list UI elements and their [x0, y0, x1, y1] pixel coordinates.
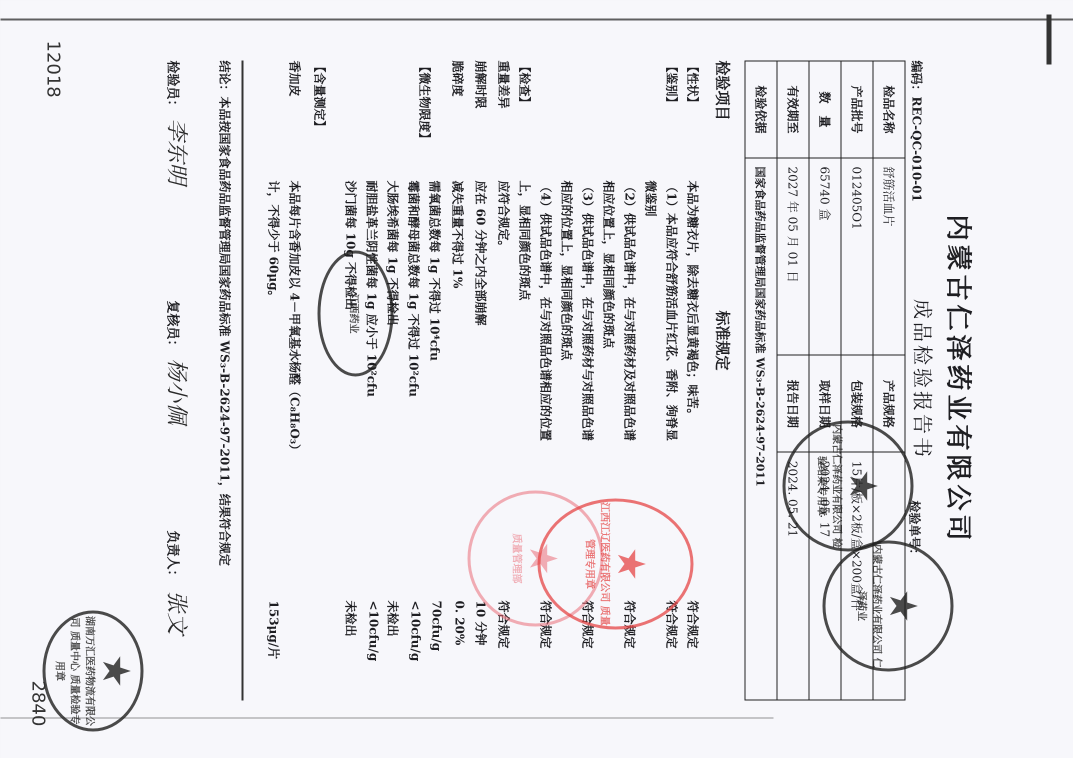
table-row: 有效期至 2027 年 05 月 01 日 报告日期 2024. 05. 21 [777, 61, 809, 700]
basis-value: 国家食品药品监督管理局国家药品标准 WS₃-B-2624-97-2011 [745, 158, 777, 700]
table-row: 检验依据 国家食品药品监督管理局国家药品标准 WS₃-B-2624-97-201… [745, 61, 777, 700]
jiangxi-stamp: ★ 江西江辽医药有限公司 质量管理专用章 [537, 498, 693, 629]
identification-line: （1）本品应符合舒筋活血片红花、香附、狗脊显 [663, 180, 680, 440]
microbial-result: 未检出 [342, 600, 359, 636]
identification-line: （3）供试品色谱中，在与对照药材与对照品色谱 [579, 180, 596, 440]
manager-label: 负责人： [164, 530, 183, 582]
reviewer-label: 复核员： [164, 300, 183, 352]
check-result: 10 分钟 [472, 600, 489, 645]
inspection-report-sheet: 内蒙古仁泽药业有限公司 成品检验报告书 编码：REC-QC-010-01 检验单… [0, 0, 1073, 758]
microbial-result: <10cfu/g [408, 600, 422, 661]
star-icon: ★ [98, 655, 132, 685]
quantity-value: 65740 盒 [809, 158, 841, 355]
reviewer-signature: 杨小佩 [162, 358, 193, 424]
appearance-standard: 本品为糖衣片，除去糖衣后显黄褐色；味苦。 [684, 180, 701, 420]
assay-standard: 本品每片含香加皮以 4－甲氧基水杨醛（C₈H₈O₃） [286, 180, 303, 456]
manager-signature: 张文 [162, 590, 193, 634]
small-stamp: 江西药业 [317, 250, 393, 376]
standard-header: 标准规定 [712, 310, 733, 370]
assay-standard: 计，不得少于 60μg。 [265, 180, 282, 302]
star-icon: ★ [846, 470, 880, 500]
expiry-date: 2027 年 05 月 01 日 [777, 158, 809, 355]
identification-line: 微鉴别 [642, 180, 659, 216]
expiry-label: 有效期至 [777, 61, 809, 158]
section-identification: 【鉴别】 [663, 60, 680, 108]
company-stamp: ★ 内蒙古仁泽药业有限公司 仁泽药业 [822, 540, 953, 671]
identification-line: 相应位置上，显相同颜色的斑点 [600, 180, 617, 348]
check-item: 重量差异 [495, 60, 512, 108]
appearance-result: 符合规定 [684, 600, 701, 648]
hunan-stamp: ★ 湖南万汇医药物流有限公司 质量中心 质量检验专用章 [42, 610, 143, 731]
section-assay: 【含量测定】 [311, 60, 328, 132]
divider [242, 60, 244, 700]
batch-label: 产品批号 [841, 61, 873, 158]
identification-line: （4）供试品色谱中，在与对照品色谱相应的位置 [537, 180, 554, 440]
product-name-label: 检品名称 [873, 61, 905, 158]
inspector-label: 检验员： [164, 60, 183, 112]
items-header: 检验项目 [712, 60, 733, 120]
microbial-line: 霉菌和酵母菌总数每 1g 不得过 10²cfu [405, 180, 422, 396]
section-appearance: 【性状】 [684, 60, 701, 108]
identification-line: 相应的位置上，显相同颜色的斑点 [558, 180, 575, 360]
microbial-line: 需氧菌总数每 1g 不得过 10⁴cfu [426, 180, 443, 360]
assay-result: 153μg/片 [265, 600, 282, 659]
assay-item: 香加皮 [286, 60, 303, 96]
microbial-result: 70cfu/g [429, 600, 443, 651]
qc-stamp: ★ 内蒙古仁泽药业有限公司 检验结果专用章 [782, 420, 913, 551]
check-item: 脆碎度 [449, 60, 466, 96]
star-icon: ★ [613, 548, 647, 578]
microbial-result: 未检出 [384, 600, 401, 636]
identification-line: 上，显相同颜色的斑点 [516, 180, 533, 300]
conclusion: 结论：本品按国家食品药品监督管理局国家药品标准 WS₃-B-2624-97-20… [216, 60, 233, 565]
inspector-signature: 李东明 [162, 118, 193, 184]
company-name: 内蒙古仁泽药业有限公司 [941, 0, 978, 758]
batch-number: 012405O1 [841, 158, 873, 355]
identification-line: （2）供试品色谱中，在与对照药材及对照品色谱 [621, 180, 638, 440]
handwritten-number: 2840 [27, 680, 48, 726]
check-standard: 应符合规定。 [495, 180, 512, 252]
product-name: 舒筋活血片 [873, 158, 905, 355]
check-item: 崩解时限 [472, 60, 489, 108]
star-icon: ★ [886, 590, 920, 620]
quantity-label: 数 量 [809, 61, 841, 158]
section-checks: 【检查】 [516, 60, 533, 108]
check-standard: 应在 60 分钟之内全部崩解 [472, 180, 489, 325]
document-code: 编码：REC-QC-010-01 [908, 60, 925, 201]
handwritten-number: 12018 [42, 40, 63, 97]
section-microbial: 【微生物限度】 [416, 60, 433, 144]
check-standard: 减失重量不得过 1% [449, 180, 466, 288]
basis-label: 检验依据 [745, 61, 777, 158]
check-result: 0. 20% [452, 600, 466, 645]
scan-mark [1046, 14, 1051, 64]
microbial-result: <10cfu/g [366, 600, 380, 661]
